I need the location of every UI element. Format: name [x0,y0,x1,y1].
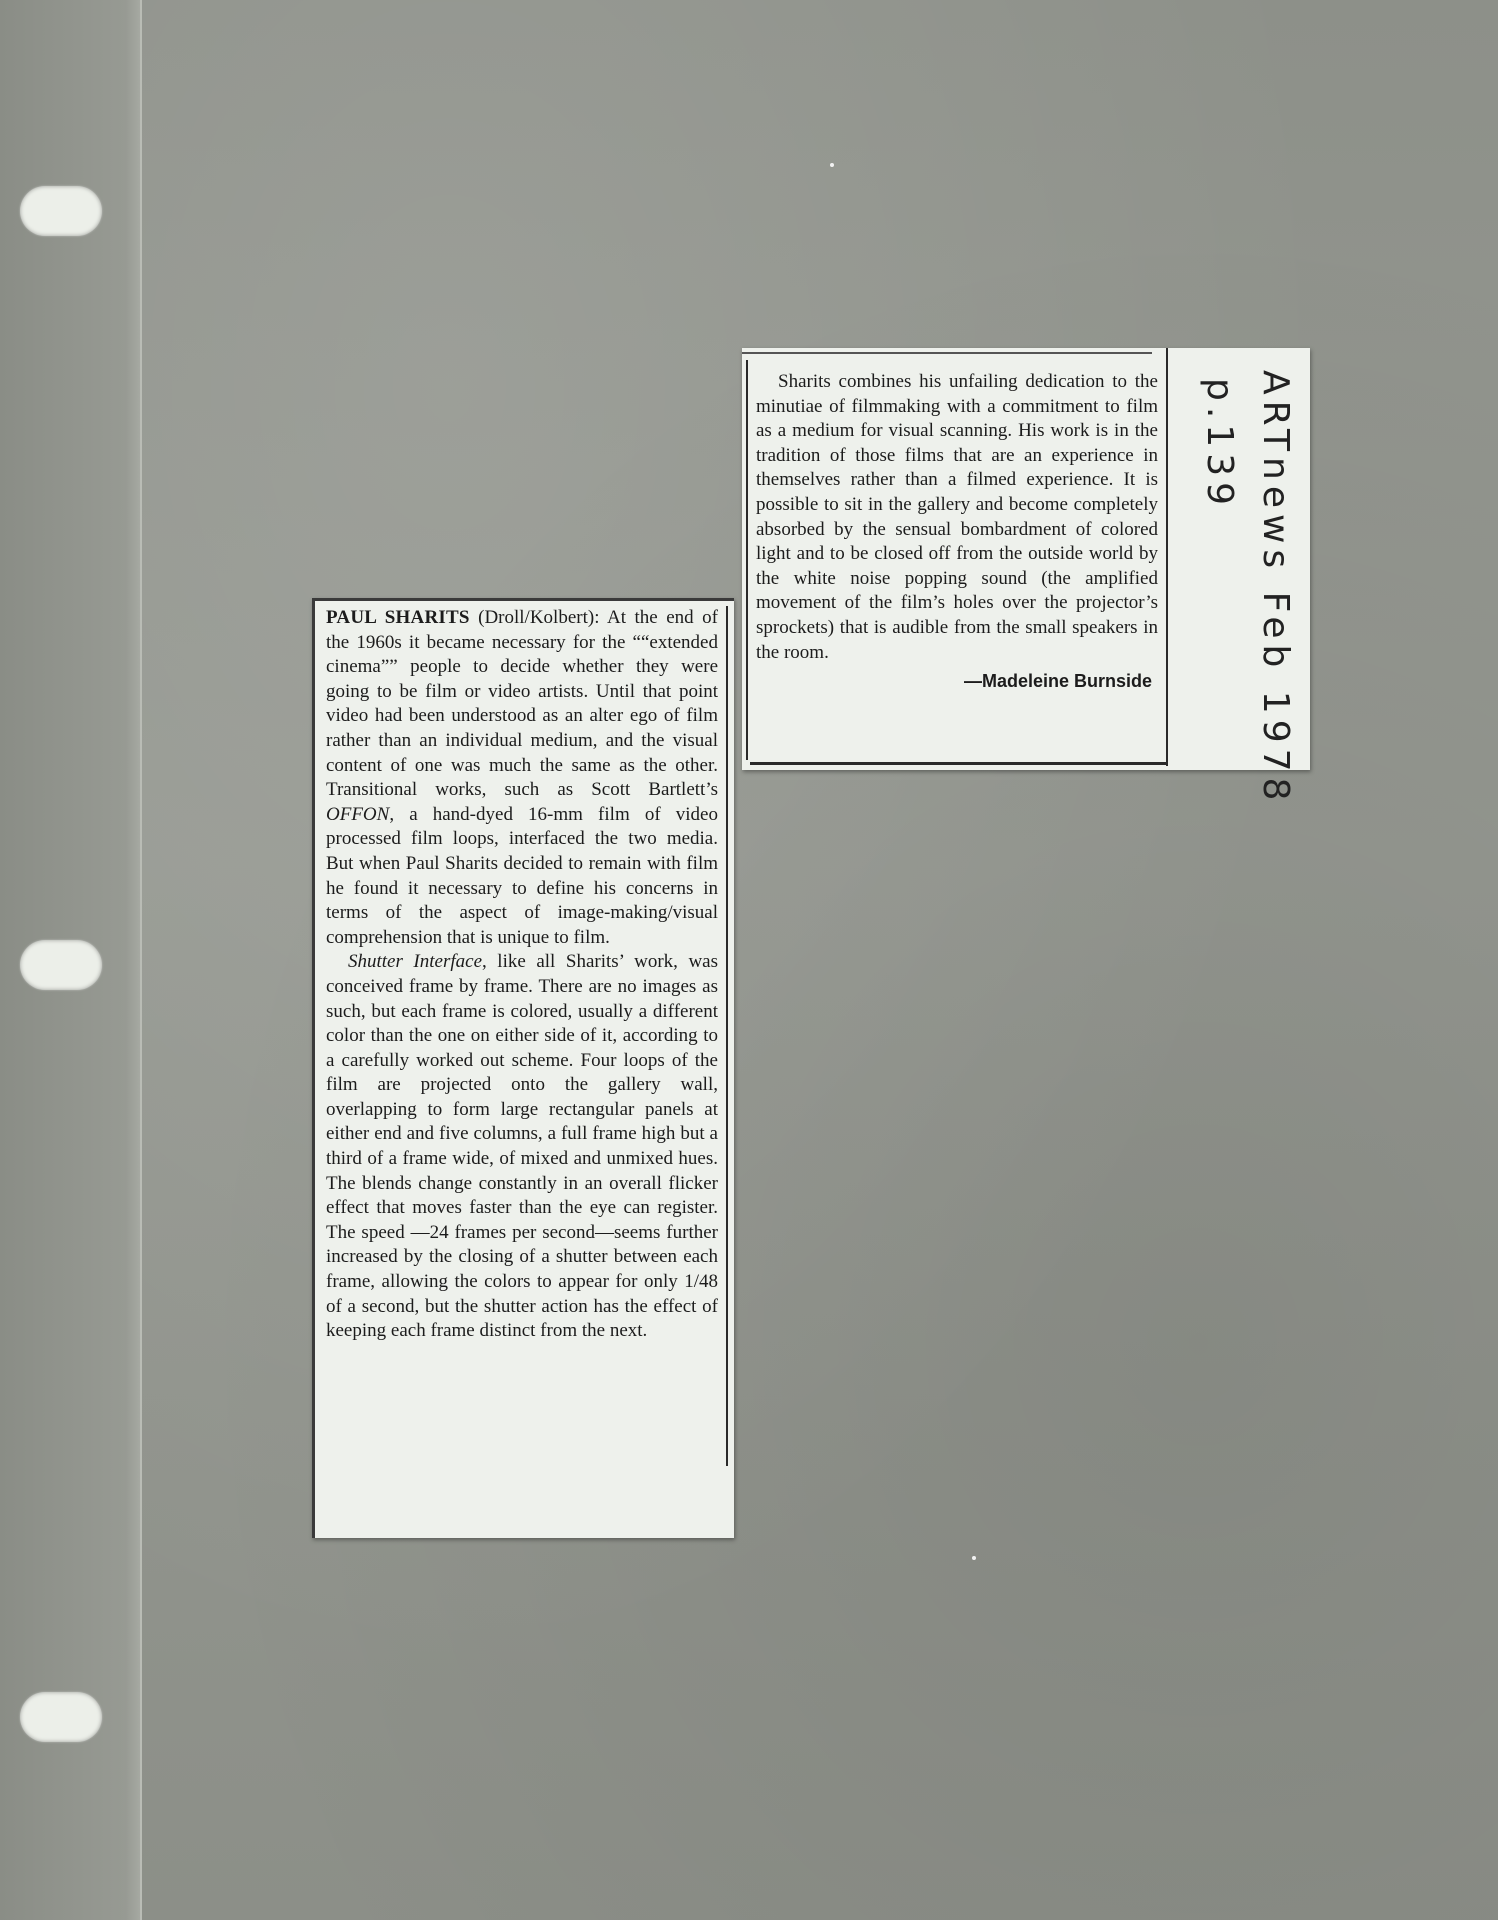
paragraph-1: PAUL SHARITS (Droll/Kolbert): At the end… [326,606,718,950]
dust-speck [972,1556,976,1560]
paragraph-3: Sharits combines his unfailing dedicatio… [756,370,1158,665]
gallery-name: (Droll/Kolbert): [470,607,607,628]
column-rule [726,606,728,1466]
rule-divider [742,352,1152,354]
author-byline: —Madeleine Burnside [756,669,1158,694]
rule-divider [312,598,315,1538]
artist-headline: PAUL SHARITS [326,607,470,628]
handwritten-source: ARTnews Feb 1978 [1255,370,1296,806]
paragraph-text: , like all Sharits’ work, was conceived … [326,951,718,1341]
article-body-left: PAUL SHARITS (Droll/Kolbert): At the end… [326,606,718,1344]
paragraph-2: Shutter Interface, like all Sharits’ wor… [326,950,718,1344]
handwritten-citation: ARTnews Feb 1978 p.139 [1178,370,1298,730]
work-title-shutter-interface: Shutter Interface [348,951,482,972]
dust-speck [830,163,834,167]
work-title-offon: OFFON [326,804,389,825]
paragraph-text: At the end of the 1960s it became necess… [326,607,718,800]
binder-hole-bottom [20,1692,102,1742]
article-body-right: Sharits combines his unfailing dedicatio… [756,370,1158,694]
column-rule [1166,348,1168,766]
binder-hole-top [20,186,102,236]
rule-divider [750,762,1166,765]
handwritten-page: p.139 [1199,378,1240,511]
column-rule [746,360,748,760]
clipping-left-column: PAUL SHARITS (Droll/Kolbert): At the end… [312,598,734,1538]
rule-divider [312,598,734,601]
paragraph-text: , a hand-dyed 16-mm film of video proces… [326,804,718,948]
binder-hole-middle [20,940,102,990]
binder-margin [0,0,142,1920]
